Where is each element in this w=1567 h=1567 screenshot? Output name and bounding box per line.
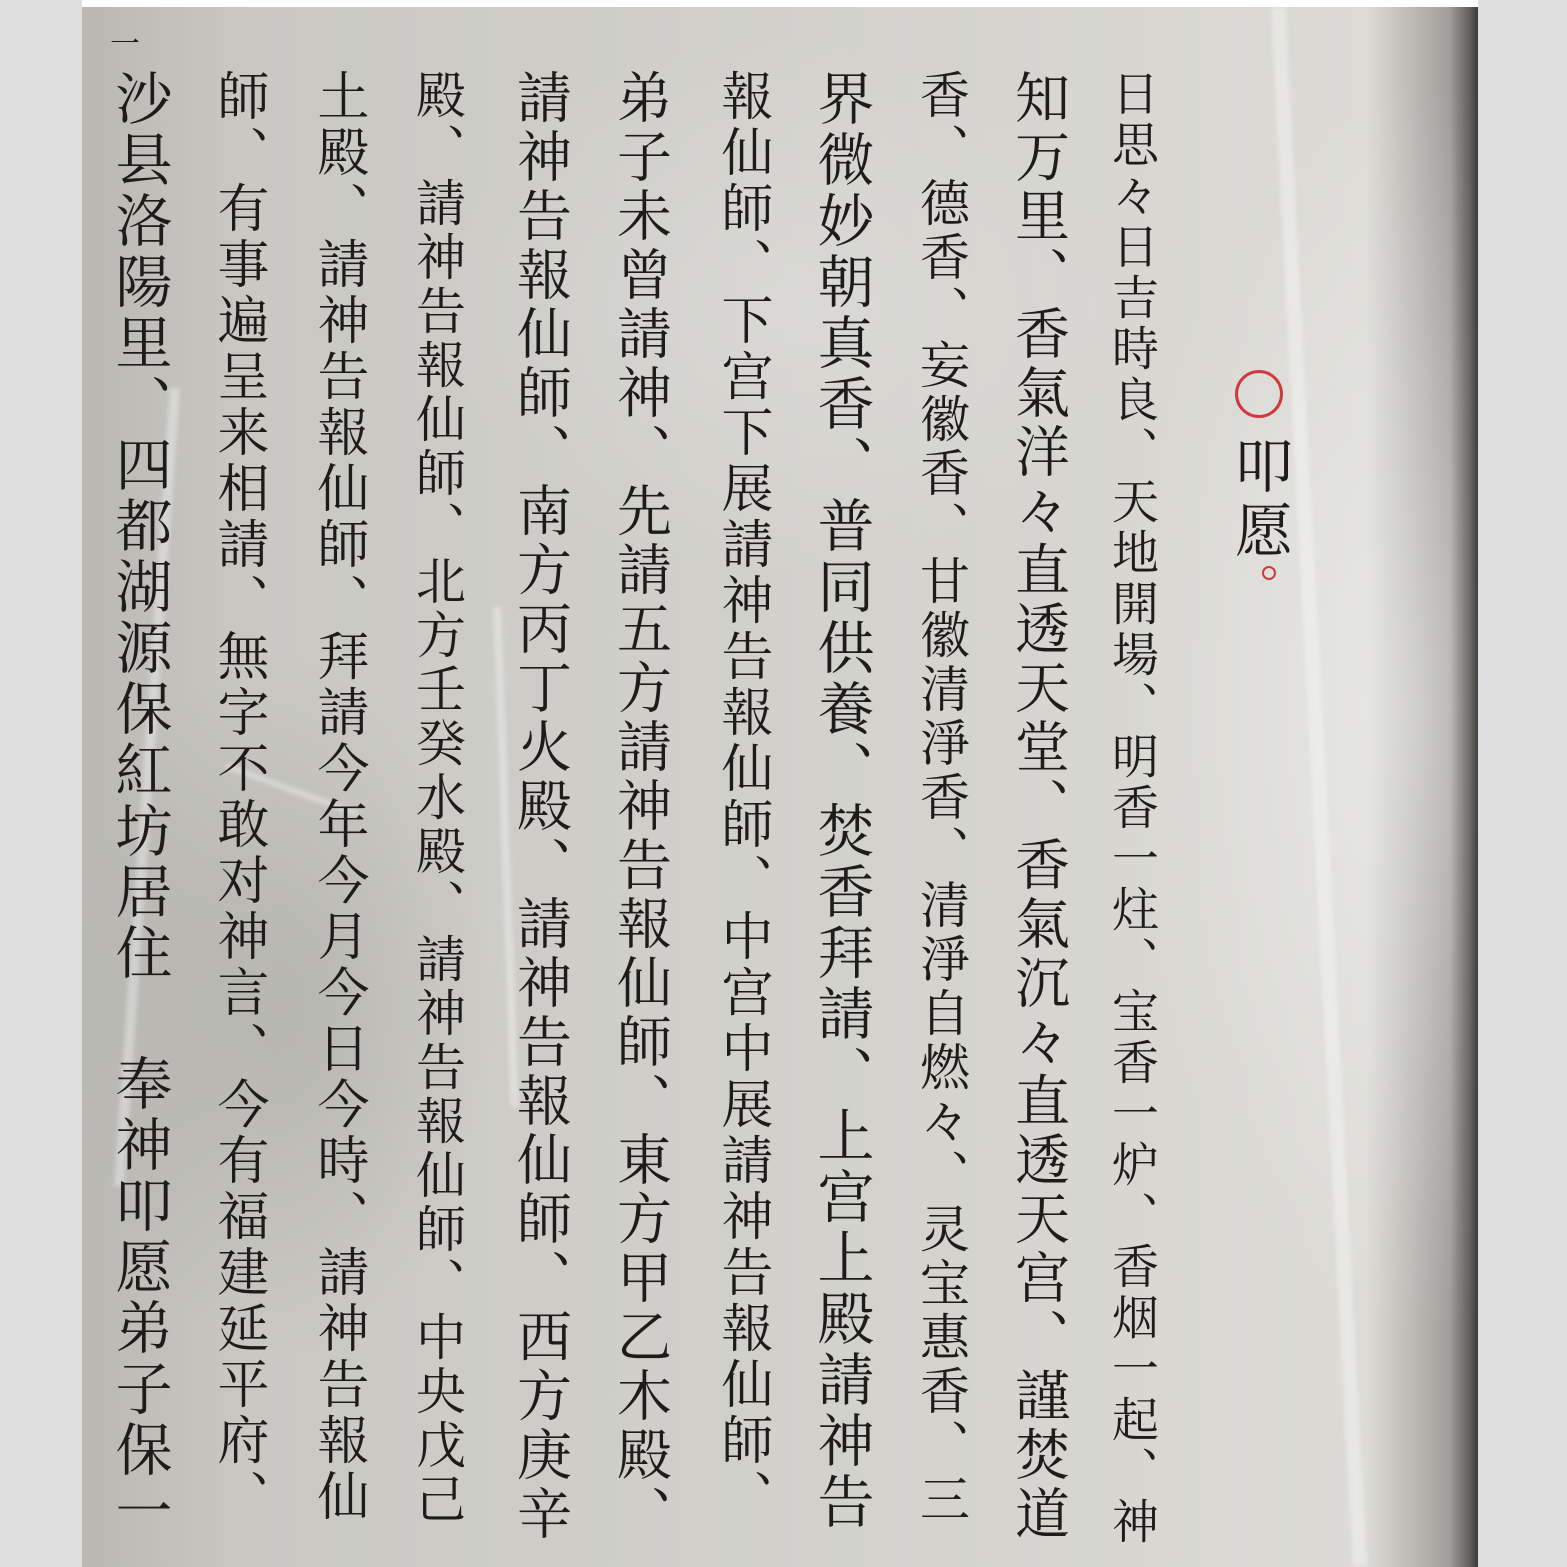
text-column-10: 師、有事遍呈来相請、無字不敢对神言、今有福建延平府、 bbox=[212, 69, 264, 1525]
text-column-3: 香、德香、妄徽香、甘徽清淨香、清淨自燃々、灵宝惠香、三 bbox=[916, 69, 966, 1527]
text-column-11: 沙县洛陽里、四都湖源保紅坊居住 奉神叩愿弟子保一 bbox=[110, 69, 167, 1542]
text-column-7: 請神告報仙師、南方丙丁火殿、請神告報仙師、西方庚辛 bbox=[512, 69, 567, 1544]
margin-mark: 一 bbox=[110, 19, 140, 63]
text-column-6: 弟子未曾請神、先請五方請神告報仙師、東方甲乙木殿、 bbox=[612, 69, 667, 1544]
screenshot-canvas: 叩愿 日思々日吉時良、天地開場、明香一炷、宝香一炉、香烟一起、神 知万里、香氣洋… bbox=[0, 0, 1567, 1567]
top-white-strip bbox=[82, 0, 1478, 7]
text-column-4: 界微妙朝真香、普同供養、焚香拜請、上宫上殿請神告 bbox=[812, 69, 869, 1533]
text-column-2: 知万里、香氣洋々直透天堂、香氣沉々直透天宫、謹焚道 bbox=[1010, 69, 1065, 1544]
text-columns: 日思々日吉時良、天地開場、明香一炷、宝香一炉、香烟一起、神 知万里、香氣洋々直透… bbox=[82, 7, 1478, 1567]
text-column-9: 土殿、請神告報仙師、拜請今年今月今日今時、請神告報仙 bbox=[312, 69, 364, 1525]
text-column-8: 殿、請神告報仙師、北方壬癸水殿、請神告報仙師、中央戊己 bbox=[412, 69, 462, 1527]
text-column-5: 報仙師、下宫下展請神告報仙師、中宫中展請神告報仙師、 bbox=[716, 69, 768, 1525]
text-column-1: 日思々日吉時良、天地開場、明香一炷、宝香一炉、香烟一起、神 bbox=[1108, 69, 1155, 1548]
manuscript-page: 叩愿 日思々日吉時良、天地開場、明香一炷、宝香一炉、香烟一起、神 知万里、香氣洋… bbox=[82, 7, 1478, 1567]
